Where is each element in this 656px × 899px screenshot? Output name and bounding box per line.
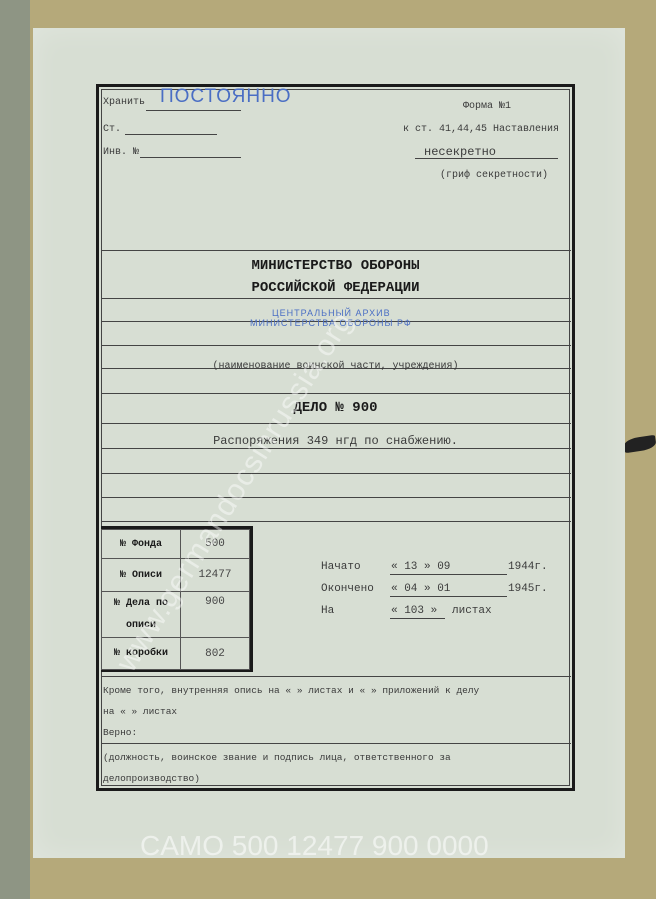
delo-value: 900 [181,592,250,638]
keep-underline [146,110,241,111]
box-value: 802 [181,638,250,670]
rule-line [102,743,571,744]
ended-label: Окончено [321,583,374,595]
inv-label: Инв. № [103,147,139,158]
case-description-wrap: Распоряжения 349 нгд по снабжению. [96,431,575,449]
rule-line [102,423,571,424]
rule-line [102,521,571,522]
rule-line [102,250,571,251]
org-line-1-wrap: МИНИСТЕРСТВО ОБОРОНЫ [96,258,575,278]
binding-tie [623,435,656,453]
form-reference: к ст. 41,44,45 Наставления [403,124,559,135]
secrecy-caption: (гриф секретности) [440,170,548,181]
inventory-line: Кроме того, внутренняя опись на « » лист… [103,685,479,696]
secrecy-underline [415,158,558,159]
ended-year: 1945г. [508,583,548,595]
started-label: Начато [321,561,361,573]
sheets-label: На [321,605,334,617]
responsible-line-1: (должность, воинское звание и подпись ли… [103,752,451,763]
ended-underline [390,596,507,597]
started-underline [390,574,507,575]
ended-value: « 04 » 01 [391,583,450,595]
fond-label: № Фонда [102,530,181,559]
keep-stamp: ПОСТОЯННО [160,86,292,108]
case-title: ДЕЛО № 900 [96,400,575,416]
archive-id-watermark: CAMO 500 12477 900 0000 [140,830,489,862]
rule-line [102,676,571,677]
sheets-value: « 103 » [391,605,437,617]
inv-underline [140,157,241,158]
org-line-2: РОССИЙСКОЙ ФЕДЕРАЦИИ [96,280,575,296]
st-label: Ст. [103,124,121,135]
rule-line [102,393,571,394]
rule-line [102,473,571,474]
form-label: Форма №1 [463,101,511,112]
started-year: 1944г. [508,561,548,573]
secrecy-value: несекретно [424,145,496,159]
started-value: « 13 » 09 [391,561,450,573]
case-title-wrap: ДЕЛО № 900 [96,400,575,420]
sheets-suffix: листах [452,605,492,617]
responsible-line-2: делопроизводство) [103,773,200,784]
verified-label: Верно: [103,727,137,738]
st-underline [125,134,217,135]
rule-line [102,497,571,498]
keep-label: Хранить [103,97,145,108]
org-line-1: МИНИСТЕРСТВО ОБОРОНЫ [96,258,575,274]
sheets-underline [390,618,445,619]
sheets-line: на « » листах [103,706,177,717]
org-line-2-wrap: РОССИЙСКОЙ ФЕДЕРАЦИИ [96,280,575,300]
scanner-edge-strip [0,0,30,899]
